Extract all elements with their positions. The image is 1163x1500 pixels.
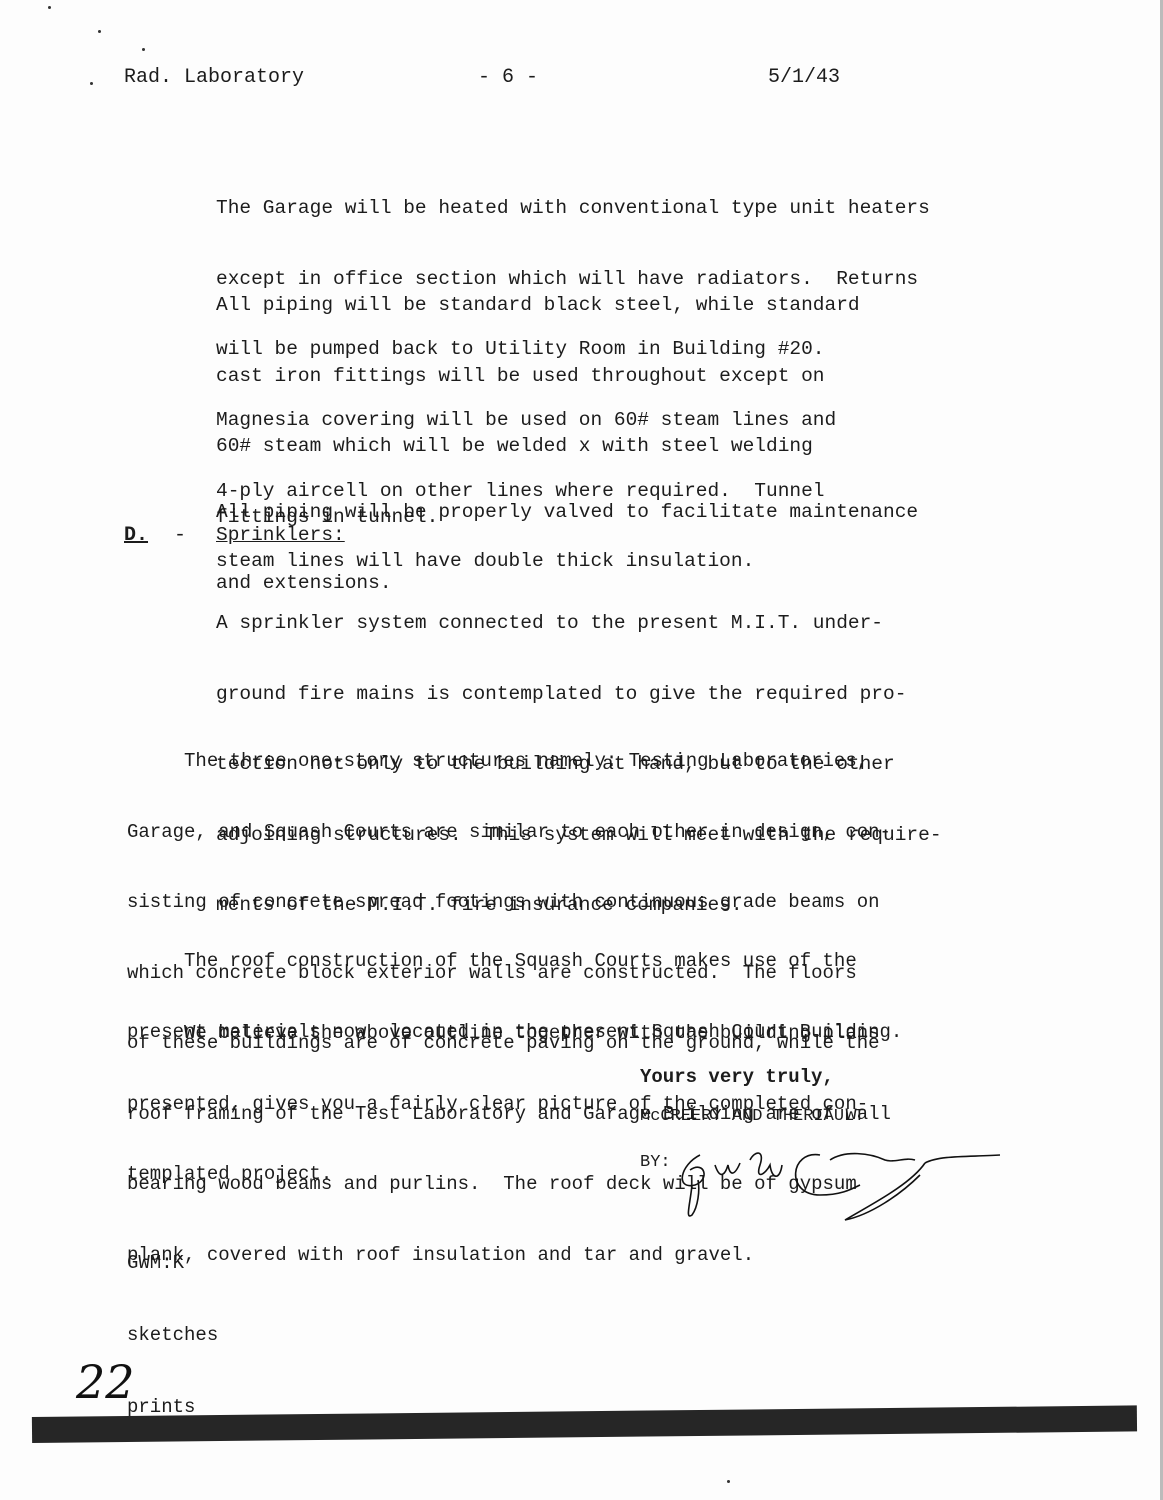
document-page: Rad. Laboratory - 6 - 5/1/43 The Garage … xyxy=(0,0,1163,1500)
scan-speck xyxy=(727,1480,730,1483)
signature-icon xyxy=(670,1135,1010,1225)
scan-speck xyxy=(90,82,93,85)
firm-name: McCREERY AND THERIAULT xyxy=(640,1107,864,1126)
scan-speck xyxy=(98,30,101,33)
by-label: BY: xyxy=(640,1153,671,1172)
header-recipient: Rad. Laboratory xyxy=(124,66,304,89)
reference-initials: GWM:K xyxy=(127,1251,218,1275)
header-date: 5/1/43 xyxy=(768,66,840,89)
section-title: Sprinklers: xyxy=(216,524,345,546)
header-page-number: - 6 - xyxy=(478,66,538,89)
enclosure-item: sketches xyxy=(127,1323,218,1347)
handwritten-page-number: 22 xyxy=(76,1355,135,1409)
section-dash: - xyxy=(174,524,186,547)
section-letter: D. xyxy=(124,524,148,547)
scan-speck xyxy=(48,6,51,9)
closing-salutation: Yours very truly, xyxy=(640,1066,834,1088)
scan-speck xyxy=(142,48,145,51)
